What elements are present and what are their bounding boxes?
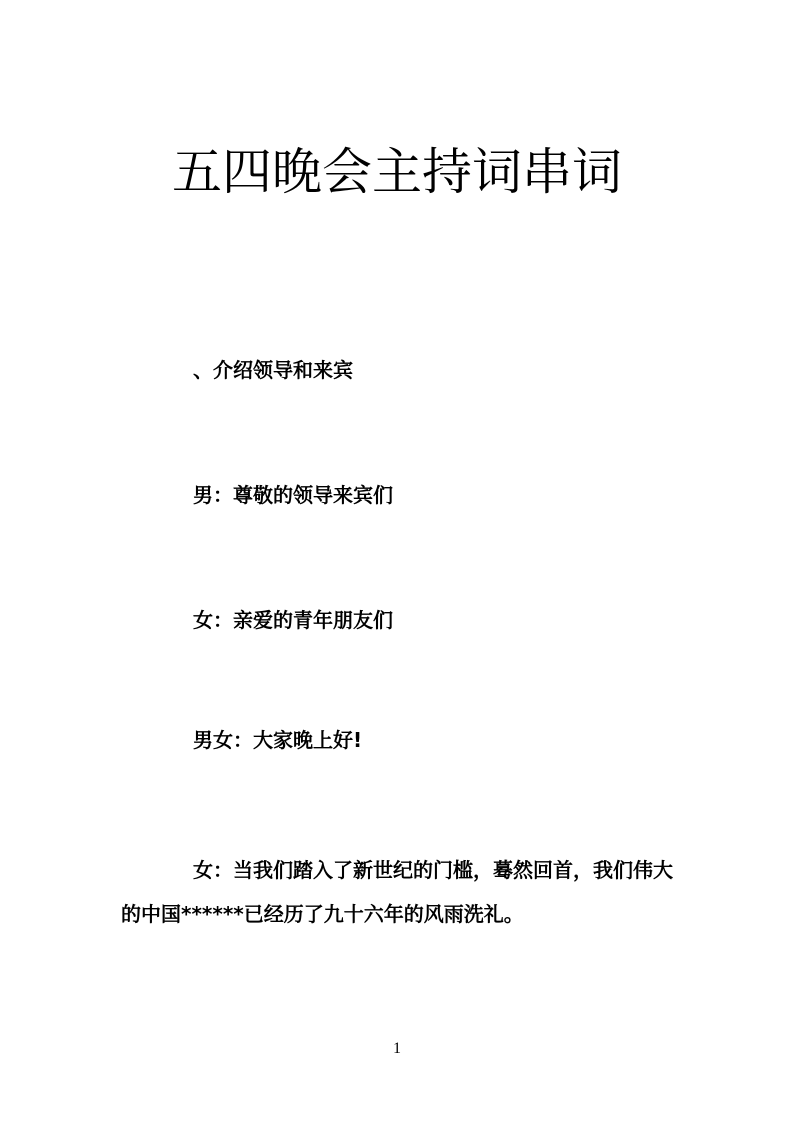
page-number: 1	[0, 1040, 794, 1058]
document-title: 五四晚会主持词串词	[0, 140, 794, 204]
section-heading: 、介绍领导和来宾	[121, 348, 681, 392]
paragraph-both-greeting: 男女：大家晚上好!	[121, 718, 681, 762]
paragraph-female-greeting: 女：亲爱的青年朋友们	[121, 598, 681, 642]
paragraph-female-opening: 女：当我们踏入了新世纪的门槛，蓦然回首，我们伟大的中国******已经历了九十六…	[121, 848, 681, 936]
paragraph-male-greeting: 男：尊敬的领导来宾们	[121, 473, 681, 517]
